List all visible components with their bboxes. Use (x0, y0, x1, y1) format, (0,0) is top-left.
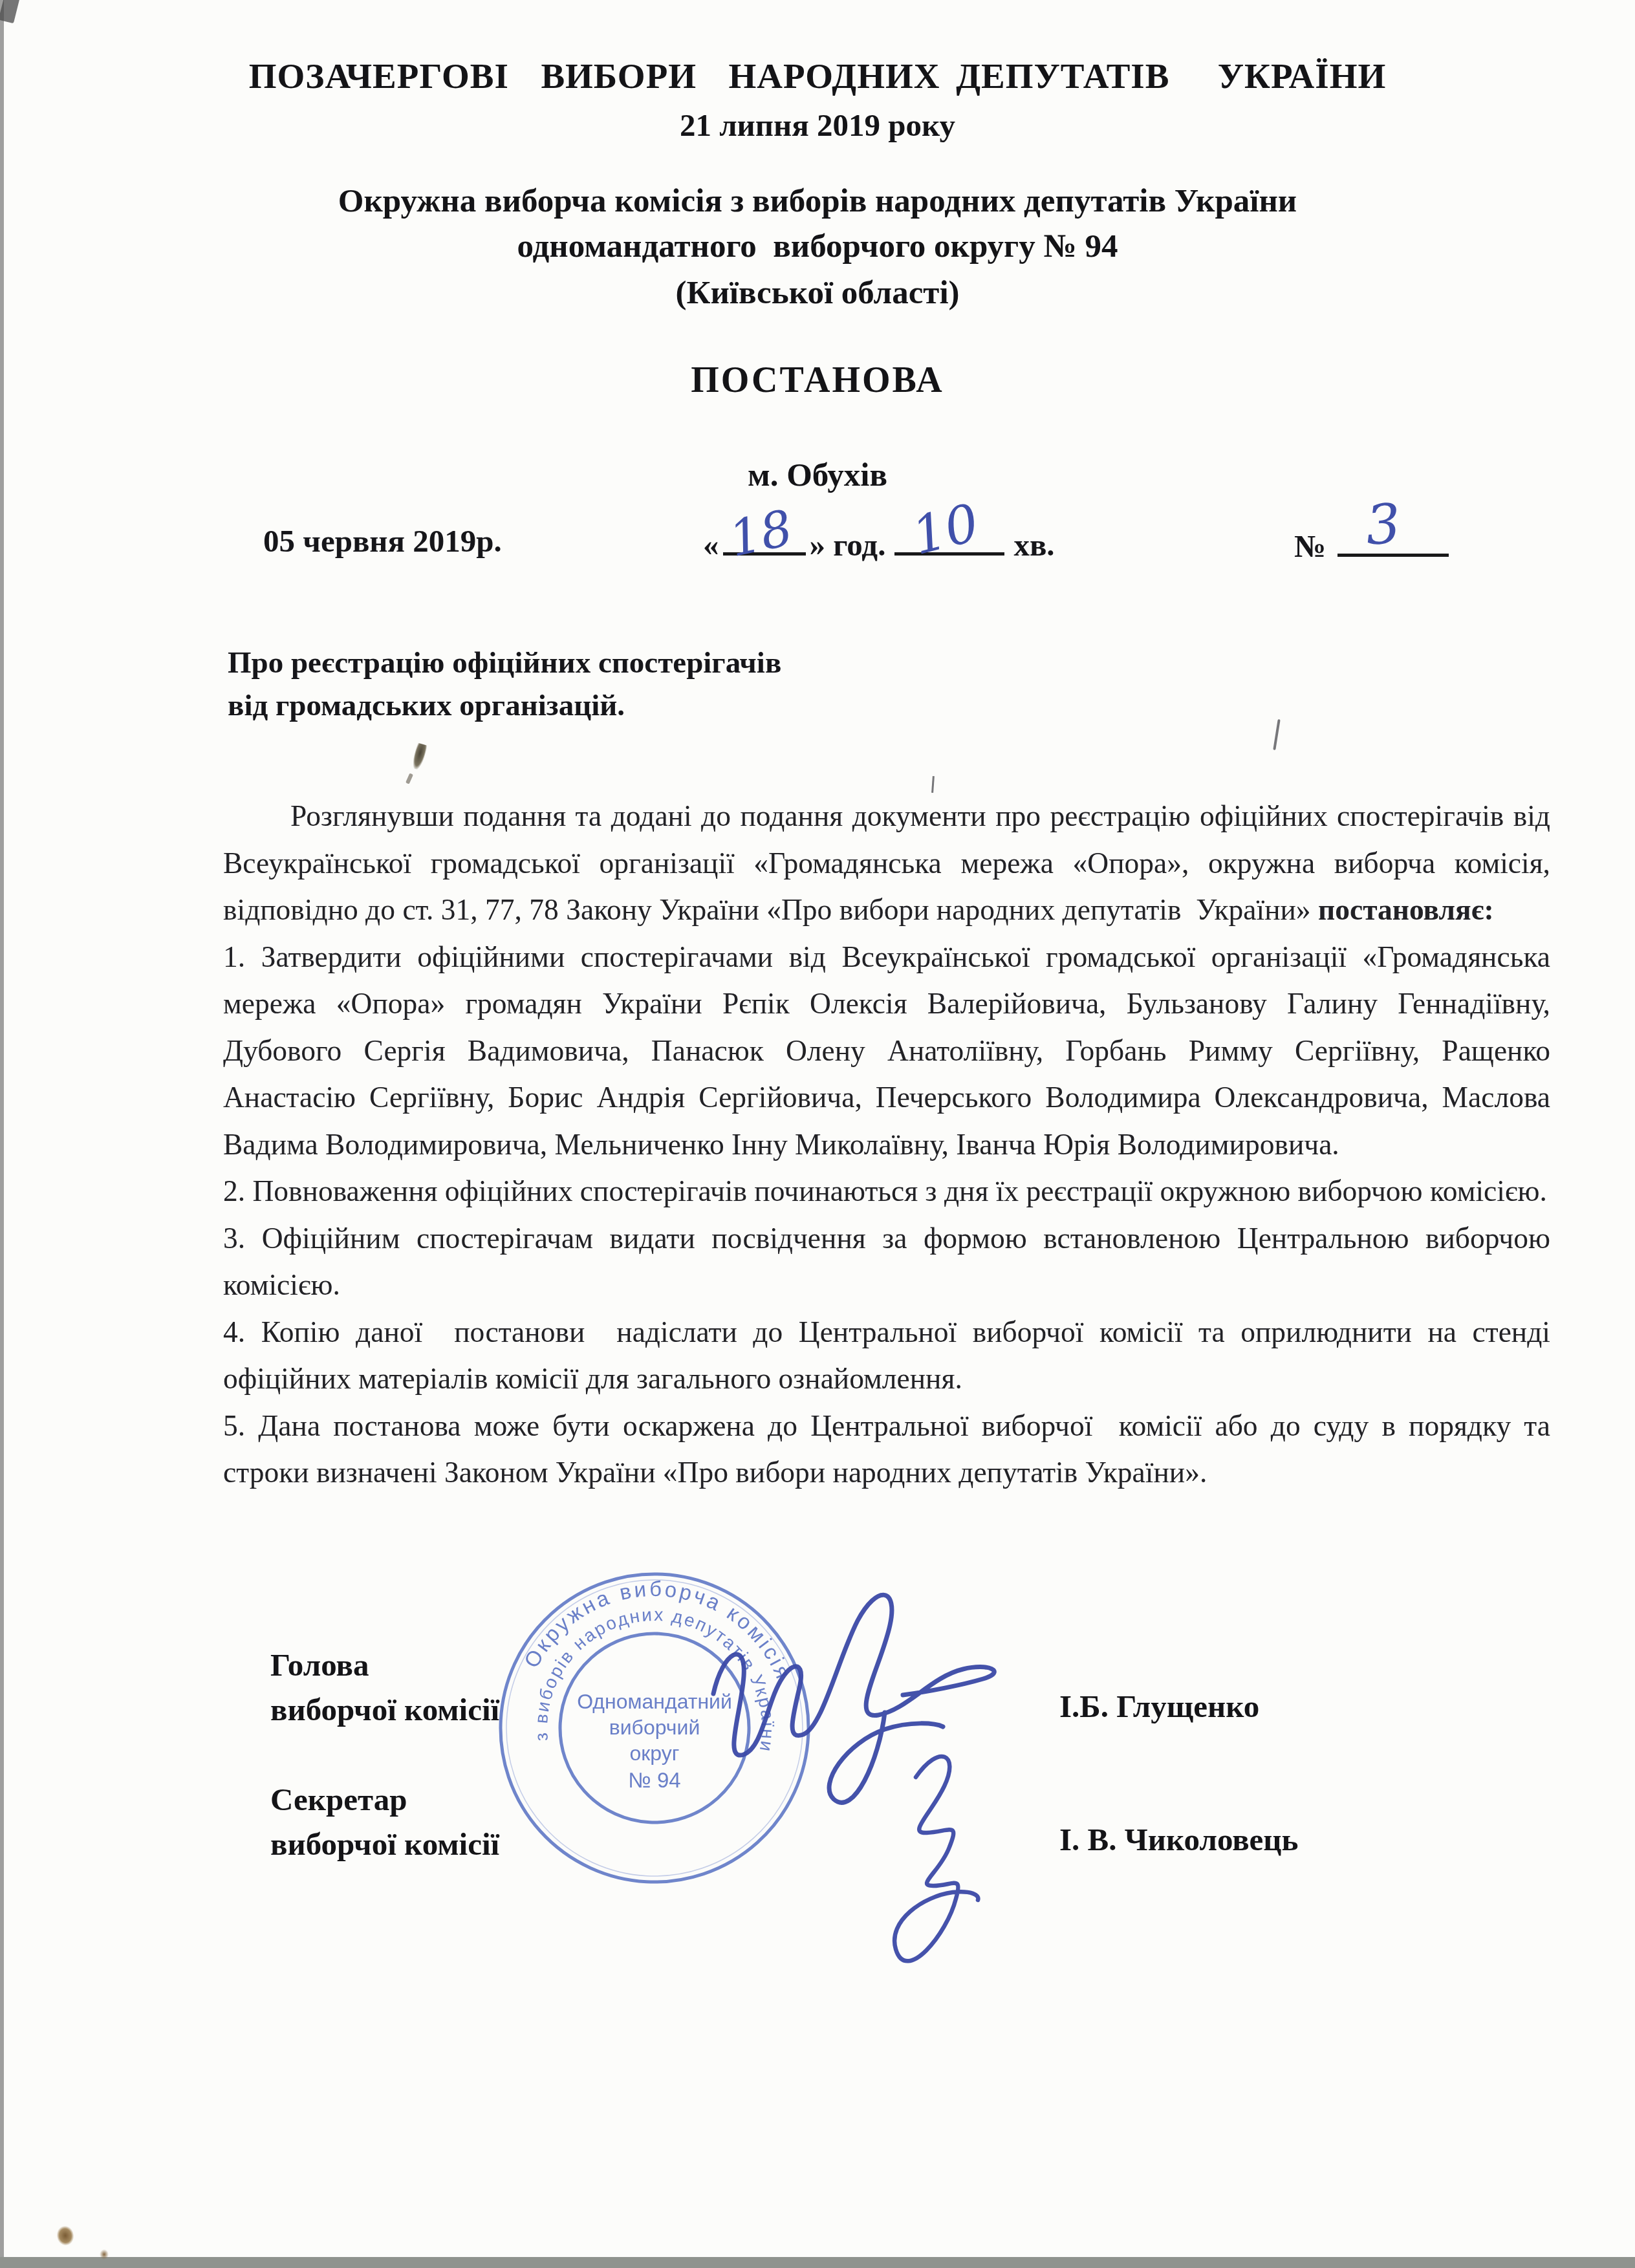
stamp-center-line2: виборчий (609, 1716, 700, 1739)
decree-date: 05 червня 2019р. (263, 523, 502, 559)
region-name: (Київської області) (0, 274, 1635, 312)
minute-label: хв. (1013, 527, 1054, 563)
chair-title-line2: виборчої комісії (270, 1687, 499, 1732)
decree-body: Розглянувши подання та додані до подання… (223, 793, 1550, 1496)
chair-title: Голова виборчої комісії (270, 1643, 499, 1732)
stamp-center-line3: округ (630, 1742, 680, 1765)
number-sign: № (1294, 528, 1326, 564)
intro-resolves-word: постановляє: (1318, 893, 1494, 926)
decree-number: №3 (1294, 520, 1449, 565)
secretary-title: Секретар виборчої комісії (270, 1777, 499, 1866)
number-blank: 3 (1337, 520, 1449, 557)
scan-speck (411, 743, 428, 771)
handwritten-minute: 10 (907, 492, 985, 567)
scan-edge-bottom (0, 2257, 1635, 2268)
stamp-center-line4: № 94 (628, 1768, 680, 1792)
commission-name: Окружна виборча комісія з виборів народн… (0, 182, 1635, 220)
intro-paragraph: Розглянувши подання та додані до подання… (223, 793, 1550, 934)
chair-title-line1: Голова (270, 1643, 499, 1687)
scan-speck-bottom-2 (100, 2249, 109, 2260)
scan-slash-mark (1273, 719, 1280, 750)
scan-speck-small (406, 773, 413, 784)
hour-blank: 18 (723, 523, 806, 556)
stamp-center-line1: Одномандатний (577, 1690, 732, 1713)
dateline: 05 червня 2019р. «18» год.10хв. №3 (223, 515, 1555, 605)
scan-speck-bottom-1 (56, 2225, 76, 2247)
secretary-name: І. В. Чиколовець (1059, 1821, 1299, 1858)
city-name: м. Обухів (0, 457, 1635, 494)
decree-time: «18» год.10хв. (703, 523, 1055, 563)
scan-edge-left (0, 0, 4, 2268)
decree-item-2: 2. Повноваження офіційних спостерігачів … (223, 1168, 1550, 1215)
subject-line-1: Про реєстрацію офіційних спостерігачів (228, 642, 781, 684)
subject-line-2: від громадських організацій. (228, 684, 781, 727)
scanned-decree-page: ПОЗАЧЕРГОВІ ВИБОРИ НАРОДНИХ ДЕПУТАТІВ УК… (0, 0, 1635, 2268)
document-type-title: ПОСТАНОВА (0, 360, 1635, 401)
secretary-title-line1: Секретар (270, 1777, 499, 1822)
decree-item-3: 3. Офіційним спостерігачам видати посвід… (223, 1215, 1550, 1309)
minute-blank: 10 (894, 523, 1004, 556)
subject-block: Про реєстрацію офіційних спостерігачів в… (228, 642, 781, 727)
election-date: 21 липня 2019 року (0, 107, 1635, 144)
hour-label: » год. (810, 527, 886, 563)
decree-item-4: 4. Копію даної постанови надіслати до Це… (223, 1309, 1550, 1403)
election-title: ПОЗАЧЕРГОВІ ВИБОРИ НАРОДНИХ ДЕПУТАТІВ УК… (0, 56, 1635, 96)
decree-item-1: 1. Затвердити офіційними спостерігачами … (223, 934, 1550, 1169)
handwritten-number: 3 (1364, 491, 1403, 557)
decree-item-5: 5. Дана постанова може бути оскаржена до… (223, 1403, 1550, 1496)
district-number: одномандатного виборчого округу № 94 (0, 228, 1635, 265)
secretary-title-line2: виборчої комісії (270, 1822, 499, 1866)
handwritten-hour: 18 (724, 499, 797, 568)
quote-open: « (703, 527, 719, 563)
document-header: ПОЗАЧЕРГОВІ ВИБОРИ НАРОДНИХ ДЕПУТАТІВ УК… (0, 56, 1635, 494)
scan-tick-mark (931, 776, 935, 793)
commission-stamp: Окружна виборча комісія з виборів народн… (495, 1569, 814, 1887)
secretary-signature (820, 1731, 1014, 1976)
chair-name: І.Б. Глущенко (1059, 1688, 1259, 1725)
scan-corner-mark (0, 0, 19, 23)
